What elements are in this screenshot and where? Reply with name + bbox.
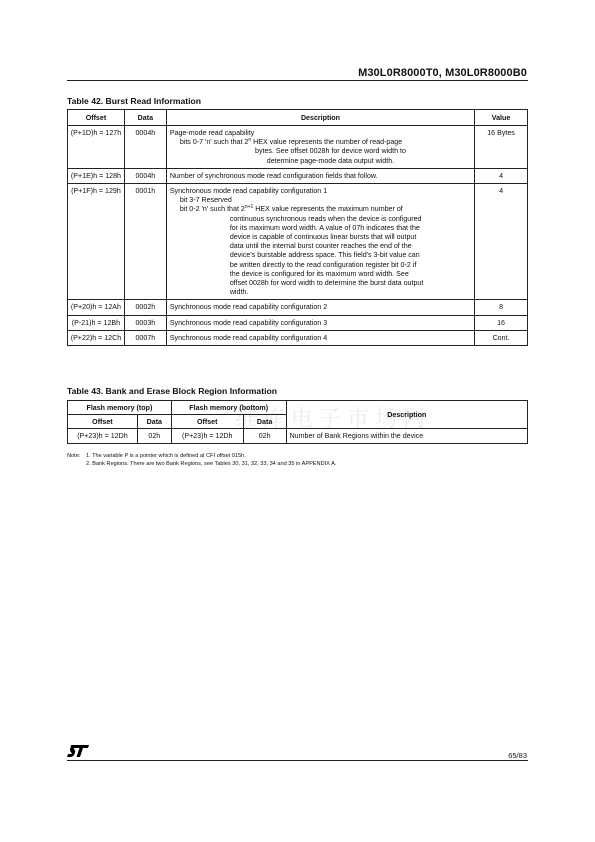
table-row: (P-21)h = 12Bh 0003h Synchronous mode re… [68, 315, 528, 330]
table-42-burst-read-information: Offset Data Description Value (P+1D)h = … [67, 109, 528, 346]
column-header-top-offset: Offset [68, 415, 138, 429]
column-header-description: Description [166, 110, 474, 126]
column-header-value: Value [475, 110, 528, 126]
cell-value: 4 [475, 184, 528, 300]
detail-text: HEX value represents the maximum number … [253, 205, 402, 213]
header-divider [67, 80, 528, 81]
cell-description: Synchronous mode read capability configu… [166, 315, 474, 330]
note-item: 2. Bank Regions. There are two Bank Regi… [67, 460, 336, 468]
cell-description: Synchronous mode read capability configu… [166, 300, 474, 315]
description-title: Synchronous mode read capability configu… [170, 187, 471, 196]
st-logo-icon [67, 745, 89, 757]
column-header-data: Data [124, 110, 166, 126]
cell-description: Number of synchronous mode read configur… [166, 168, 474, 183]
note-label: Note: [67, 452, 86, 460]
detail-prefix: bits 0-7 'n' such that 2 [180, 138, 249, 146]
detail-line: offset 0028h for word width to determine… [230, 279, 471, 288]
table-notes: Note:1. The variable P is a pointer whic… [67, 452, 336, 469]
cell-value: 16 Bytes [475, 126, 528, 169]
column-header-bottom-offset: Offset [171, 415, 243, 429]
cell-data: 0004h [124, 168, 166, 183]
cell-description: Number of Bank Regions within the device [286, 429, 527, 444]
cell-offset: (P+1E)h = 128h [68, 168, 125, 183]
table-group-header-row: Flash memory (top) Flash memory (bottom)… [68, 401, 528, 415]
table-43-caption: Table 43. Bank and Erase Block Region In… [67, 386, 277, 396]
cell-bottom-offset: (P+23)h = 12Dh [171, 429, 243, 444]
table-row: (P+22)h = 12Ch 0007h Synchronous mode re… [68, 330, 528, 345]
cell-data: 0004h [124, 126, 166, 169]
cell-top-data: 02h [137, 429, 171, 444]
cell-offset: (P+22)h = 12Ch [68, 330, 125, 345]
detail-prefix: bit 0-2 'n' such that 2 [180, 205, 245, 213]
cell-value: 16 [475, 315, 528, 330]
table-row: (P+1F)h = 129h 0001h Synchronous mode re… [68, 184, 528, 300]
table-row: (P+1D)h = 127h 0004h Page-mode read capa… [68, 126, 528, 169]
document-header-title: M30L0R8000T0, M30L0R8000B0 [0, 67, 527, 79]
description-detail: bit 0-2 'n' such that 2n+1 HEX value rep… [170, 205, 471, 214]
cell-offset: (P+1D)h = 127h [68, 126, 125, 169]
page-number: 65/83 [508, 751, 527, 760]
cell-value: 4 [475, 168, 528, 183]
cell-bottom-data: 02h [243, 429, 286, 444]
cell-value: 8 [475, 300, 528, 315]
group-header-flash-top: Flash memory (top) [68, 401, 172, 415]
cell-description: Page-mode read capability bits 0-7 'n' s… [166, 126, 474, 169]
table-42-caption: Table 42. Burst Read Information [67, 96, 201, 106]
cell-description: Synchronous mode read capability configu… [166, 184, 474, 300]
column-header-top-data: Data [137, 415, 171, 429]
detail-line: bytes. See offset 0028h for device word … [190, 147, 471, 156]
detail-line: determine page-mode data output width. [190, 157, 471, 166]
note-text: 2. Bank Regions. There are two Bank Regi… [86, 461, 336, 467]
table-row: (P+23)h = 12Dh 02h (P+23)h = 12Dh 02h Nu… [68, 429, 528, 444]
cell-data: 0003h [124, 315, 166, 330]
table-header-row: Offset Data Description Value [68, 110, 528, 126]
note-item: Note:1. The variable P is a pointer whic… [67, 452, 336, 460]
detail-line: for its maximum word width. A value of 0… [230, 224, 471, 233]
cell-data: 0002h [124, 300, 166, 315]
detail-line: data until the internal burst counter re… [230, 242, 471, 251]
cell-offset: (P-21)h = 12Bh [68, 315, 125, 330]
detail-text: HEX value represents the number of read-… [251, 138, 402, 146]
group-header-flash-bottom: Flash memory (bottom) [171, 401, 286, 415]
cell-top-offset: (P+23)h = 12Dh [68, 429, 138, 444]
table-row: (P+20)h = 12Ah 0002h Synchronous mode re… [68, 300, 528, 315]
cell-offset: (P+1F)h = 129h [68, 184, 125, 300]
cell-value: Cont. [475, 330, 528, 345]
description-detail: bits 0-7 'n' such that 2n HEX value repr… [170, 138, 471, 147]
description-title: Page-mode read capability [170, 129, 471, 138]
description-detail-continued: bytes. See offset 0028h for device word … [170, 147, 471, 165]
detail-line: be written directly to the read configur… [230, 261, 471, 270]
column-header-description: Description [286, 401, 527, 429]
table-43-bank-erase-block-region-information: Flash memory (top) Flash memory (bottom)… [67, 400, 528, 444]
detail-line: the device is configured for its maximum… [230, 270, 471, 279]
description-detail-continued: continuous synchronous reads when the de… [170, 215, 471, 298]
table-row: (P+1E)h = 128h 0004h Number of synchrono… [68, 168, 528, 183]
detail-line: width. [230, 288, 471, 297]
column-header-offset: Offset [68, 110, 125, 126]
detail-line: device's burstable address space. This f… [230, 251, 471, 260]
note-text: 1. The variable P is a pointer which is … [86, 453, 246, 459]
cell-offset: (P+20)h = 12Ah [68, 300, 125, 315]
detail-line: device is capable of continuous linear b… [230, 233, 471, 242]
cell-data: 0001h [124, 184, 166, 300]
cell-data: 0007h [124, 330, 166, 345]
column-header-bottom-data: Data [243, 415, 286, 429]
detail-line: continuous synchronous reads when the de… [230, 215, 471, 224]
cell-description: Synchronous mode read capability configu… [166, 330, 474, 345]
footer-divider [67, 760, 528, 761]
